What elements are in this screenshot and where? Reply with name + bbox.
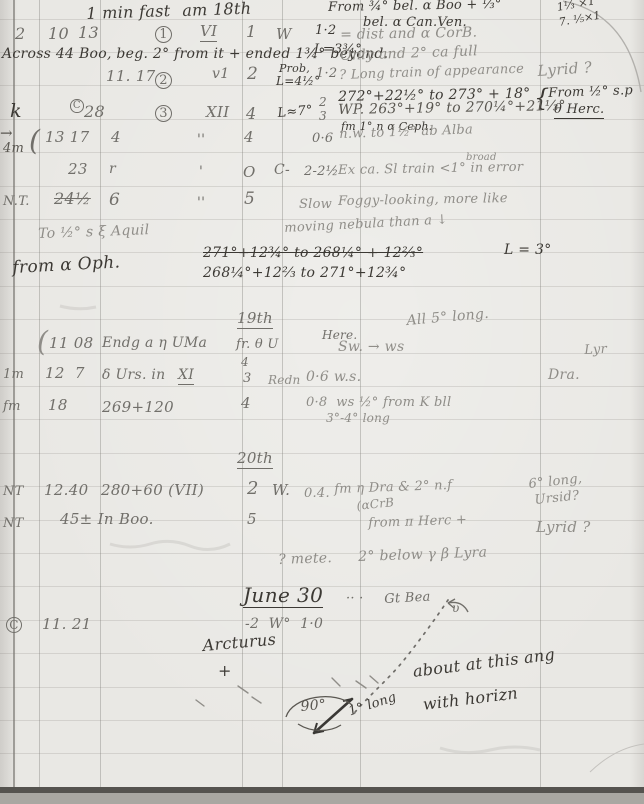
direction: W. [272, 483, 290, 499]
coords-struck: 271°+12¾° to 268¼° + 12⅔° [203, 246, 423, 261]
margin-mark: 4m [3, 142, 24, 156]
dots: ·· · [346, 592, 364, 606]
entry: -2 W° 1·0 [245, 617, 323, 632]
pencil-note: (αCrB [356, 496, 395, 512]
pencil-note: All 5° long. [406, 307, 490, 329]
fraction-bottom: 3 [243, 372, 252, 386]
entry: 6 [109, 192, 120, 210]
magnitude: 4 [241, 396, 251, 412]
length-note: L≈7° [277, 104, 313, 121]
arrow-mark: → [0, 126, 13, 142]
time: 13 17 [45, 130, 89, 146]
magnitude: 4 [246, 106, 257, 123]
time: 28 [84, 104, 105, 121]
pencil-note: ? mete. [278, 551, 332, 568]
time: 13 [78, 25, 99, 42]
time: 12.40 [44, 483, 88, 499]
pencil-note: 3°-4° long [326, 412, 390, 425]
roman-numeral: VI [200, 24, 217, 42]
count: 2 [15, 26, 26, 43]
mark: v1 [212, 67, 229, 82]
radiant-note: from α Oph. [12, 254, 121, 277]
shower-id: Lyrid ? [536, 520, 591, 536]
time: 11 08 [49, 336, 93, 352]
circled-number: 3 [155, 105, 172, 122]
notebook-page: 1 min fastam 18thFrom ¾° bel. α Boo + ⅓°… [0, 0, 644, 804]
ditto-mark: ' [199, 165, 203, 180]
date-header: 20th [237, 451, 273, 469]
magnitude: 2 [247, 66, 258, 84]
sketch-label: Gt Bea [384, 591, 431, 607]
circled-letter: C [70, 99, 84, 113]
pencil-note: 2° below γ β Lyra [358, 545, 488, 564]
brace: ( [37, 327, 48, 356]
date-am-18th: am 18th [182, 1, 252, 20]
time: 24½ [54, 191, 91, 208]
pencil-note: Only and 2° ca full [340, 44, 478, 63]
magnitude: 2 [247, 480, 259, 499]
pencil-note: Sw. → ws [338, 340, 404, 355]
fraction-top: 2 [319, 96, 327, 109]
circled-number: 2 [155, 72, 172, 89]
margin-mark: NT [3, 485, 24, 499]
time: 10 [48, 26, 69, 43]
entry: δ Urs. in [102, 368, 170, 383]
ink-note: with horizn [422, 685, 519, 713]
pencil-note: Ex ca. Sl train <1° in error [338, 161, 523, 178]
margin-mark: N.T. [3, 195, 30, 209]
time: 23 [68, 162, 88, 178]
speed-note: Slow [299, 198, 332, 212]
shower-id: Ursid? [534, 489, 580, 507]
pencil-note: Foggy-looking, more like [338, 192, 508, 209]
entry: 45± In Boo. [60, 512, 154, 528]
pencil-note: fm η Dra & 2° n.f [334, 479, 452, 497]
duration: 0.4. [304, 487, 330, 501]
date-header: 19th [237, 311, 273, 329]
pencil-note: n.w. to 1½° ab Alba [339, 123, 473, 141]
sketch-label: Arcturus [202, 632, 277, 655]
entry: fr. θ U [236, 338, 279, 352]
ink-note: Prob, [279, 63, 310, 75]
ink-note: about at this ang [412, 647, 556, 681]
sketch-label: υ [452, 602, 460, 615]
roman-numeral: XII [206, 105, 229, 121]
coords: WP. 263°+19° to 270¼°+21⅓° [338, 99, 566, 118]
time: 12 7 [45, 366, 85, 382]
time: 11. 21 [42, 617, 92, 633]
coords: 268¼°+12⅔ to 271°+12¾° [203, 266, 406, 281]
magnitude: 5 [247, 512, 257, 528]
watch-note: 1 min fast [86, 3, 171, 23]
direction: W [276, 27, 292, 43]
pencil-note: To ½° s ξ Aquil [38, 223, 150, 242]
brace: ( [29, 126, 40, 155]
magnitude: 4 [244, 130, 254, 146]
circled-letter: C [6, 617, 22, 633]
time: 18 [48, 398, 68, 414]
magnitude: O [243, 165, 256, 181]
entry: Endg a η UMa [102, 336, 207, 351]
fraction-bottom: 3 [319, 110, 327, 123]
entry: 4 [111, 130, 121, 146]
pencil-note: from π Herc + [368, 514, 467, 531]
entry: r [109, 162, 116, 177]
ditto-mark: '' [197, 133, 205, 148]
pencil-note: Redn [268, 374, 301, 387]
duration: 1·2 [315, 24, 336, 38]
margin-mark: k [10, 102, 22, 122]
circled-number: 1 [155, 26, 172, 43]
table-below-page [0, 793, 644, 804]
ditto-mark: '' [197, 196, 205, 211]
pencil-note: moving nebula than a ↓ [284, 213, 448, 235]
time: 11. 17 [106, 69, 156, 85]
margin-mark: 1m [3, 368, 24, 382]
duration: 1·2 [316, 67, 337, 81]
fraction-top: 4 [241, 356, 249, 369]
length-note: L = 3° [504, 243, 552, 258]
sketch-label: 1° long [347, 691, 398, 719]
duration: 2-2½ [304, 165, 339, 179]
shower-id: Lyr [584, 343, 607, 358]
date-header: June 30 [243, 585, 323, 608]
path-note: From ¾° bel. α Boo + ⅓° [328, 0, 502, 15]
coords: 280+60 (VII) [101, 483, 204, 499]
coords: 269+120 [102, 400, 174, 416]
shower-id: Lyrid ? [537, 60, 593, 80]
magnitude: 1 [246, 24, 257, 41]
margin-mark: NT [3, 517, 24, 531]
handwriting-layer: 1 min fastam 18thFrom ¾° bel. α Boo + ⅓°… [0, 0, 644, 804]
length-note: L=4½° [276, 75, 321, 88]
pencil-note: = dist and α CorB. [340, 26, 477, 43]
mark: C- [274, 163, 290, 178]
pencil-note: ? Long train of appearance [339, 63, 524, 83]
roman-numeral: XI [178, 368, 194, 385]
duration: 0·6 [312, 132, 333, 146]
pencil-note: 0·8 ws ½° from K bll [306, 396, 451, 410]
sketch-label: 90° [300, 698, 327, 715]
magnitude: 5 [244, 191, 255, 209]
star-mark: + [218, 663, 232, 680]
pencil-note: 0·6 w.s. [306, 370, 361, 385]
margin-mark: fm [3, 400, 21, 414]
shower-id: Dra. [548, 368, 580, 383]
